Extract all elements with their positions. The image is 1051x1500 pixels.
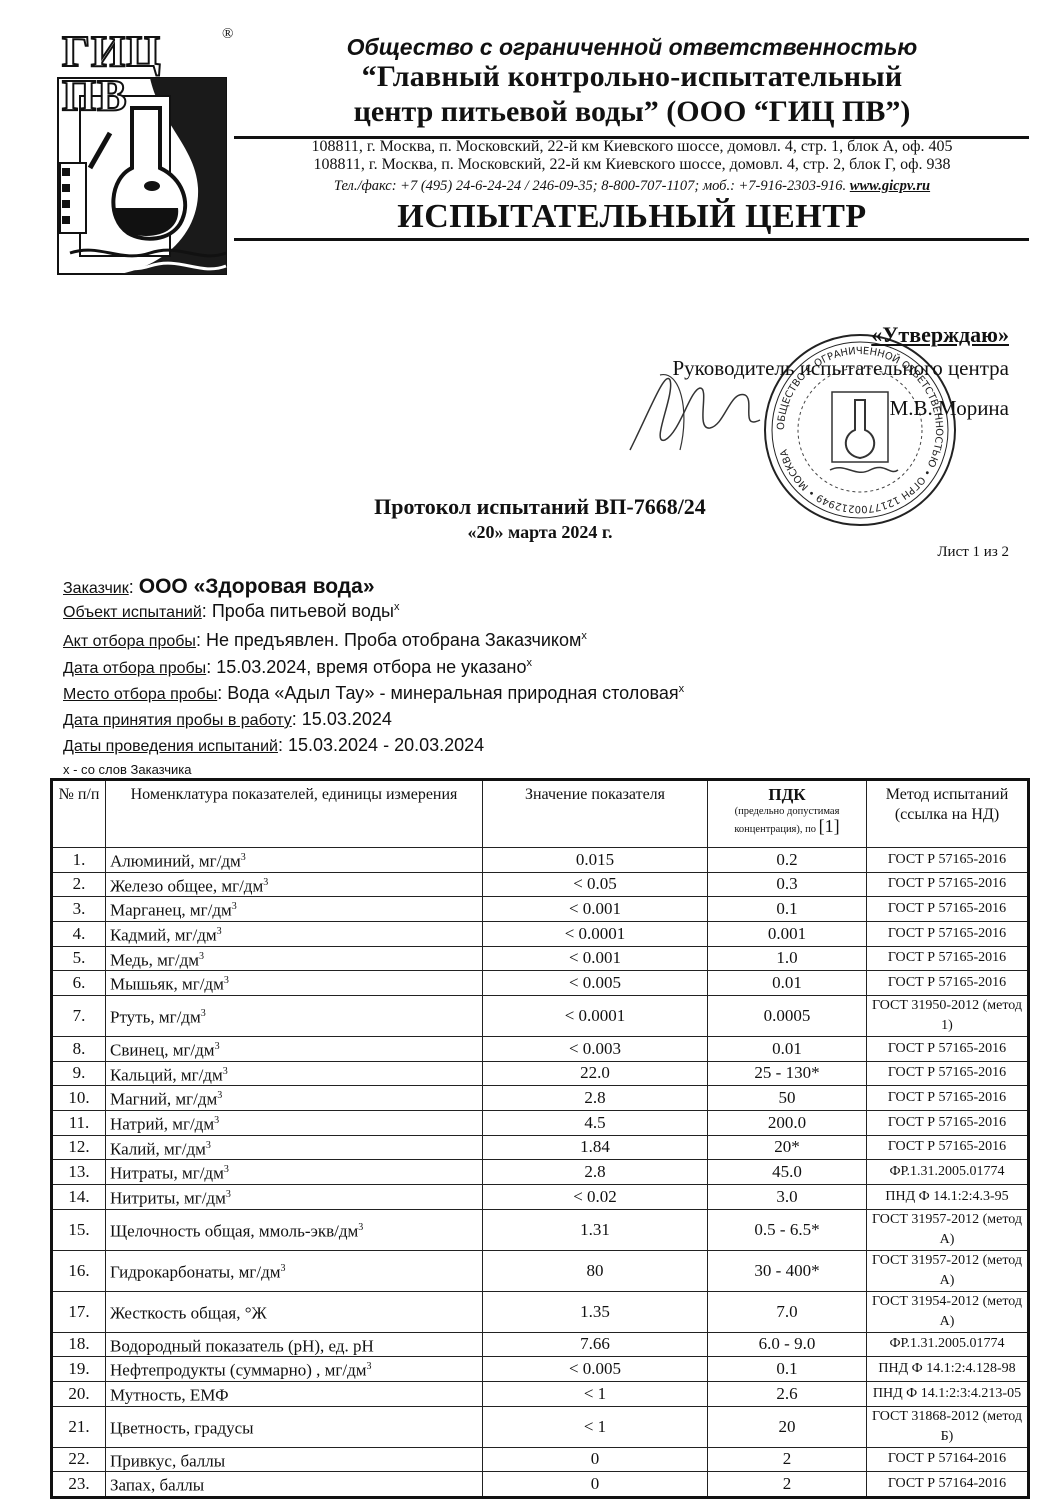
indicator-name: Щелочность общая, ммоль-экв/дм3 <box>106 1209 483 1250</box>
test-method: ГОСТ Р 57165-2016 <box>867 1061 1029 1086</box>
indicator-name: Ртуть, мг/дм3 <box>106 995 483 1036</box>
approval-label: «Утверждаю» <box>871 322 1009 348</box>
indicator-name: Жесткость общая, °Ж <box>106 1291 483 1332</box>
indicator-value: 7.66 <box>483 1332 708 1357</box>
row-number: 14. <box>52 1184 106 1209</box>
indicator-name: Нитраты, мг/дм3 <box>106 1160 483 1185</box>
table-row: 21.Цветность, градусы< 120ГОСТ 31868-201… <box>52 1406 1029 1447</box>
info-sample-date: Дата отбора пробы: 15.03.2024, время отб… <box>63 657 532 678</box>
info-accepted: Дата принятия пробы в работу: 15.03.2024 <box>63 709 392 730</box>
test-method: ГОСТ 31868-2012 (метод Б) <box>867 1406 1029 1447</box>
customer-words-mark: x <box>526 657 532 669</box>
indicator-name: Привкус, баллы <box>106 1447 483 1472</box>
indicator-pdk: 0.5 - 6.5* <box>708 1209 867 1250</box>
website-link[interactable]: www.gicpv.ru <box>850 178 930 194</box>
row-number: 9. <box>52 1061 106 1086</box>
unit-superscript: 3 <box>232 901 237 912</box>
indicator-name: Магний, мг/дм3 <box>106 1086 483 1111</box>
indicator-value: 0.015 <box>483 848 708 873</box>
indicator-value: < 0.0001 <box>483 995 708 1036</box>
test-method: ПНД Ф 14.1:2:3:4.213-05 <box>867 1381 1029 1406</box>
indicator-name: Кадмий, мг/дм3 <box>106 921 483 946</box>
indicator-value: < 0.0001 <box>483 921 708 946</box>
table-row: 13.Нитраты, мг/дм32.845.0ФР.1.31.2005.01… <box>52 1160 1029 1185</box>
org-name-line1: “Главный контрольно-испытательный <box>234 60 1030 94</box>
indicator-label: Нитраты, мг/дм <box>110 1164 224 1183</box>
indicator-pdk: 2 <box>708 1472 867 1498</box>
table-row: 11.Натрий, мг/дм34.5200.0ГОСТ Р 57165-20… <box>52 1110 1029 1135</box>
test-method: ГОСТ Р 57165-2016 <box>867 897 1029 922</box>
row-number: 21. <box>52 1406 106 1447</box>
indicator-pdk: 25 - 130* <box>708 1061 867 1086</box>
table-row: 8.Свинец, мг/дм3< 0.0030.01ГОСТ Р 57165-… <box>52 1036 1029 1061</box>
center-title: ИСПЫТАТЕЛЬНЫЙ ЦЕНТР <box>234 198 1030 236</box>
indicator-name: Свинец, мг/дм3 <box>106 1036 483 1061</box>
act-value: Не предъявлен. Проба отобрана Заказчиком <box>206 630 581 650</box>
row-number: 17. <box>52 1291 106 1332</box>
indicator-value: 1.84 <box>483 1135 708 1160</box>
indicator-value: < 0.005 <box>483 971 708 996</box>
row-number: 7. <box>52 995 106 1036</box>
customer-value: ООО «Здоровая вода» <box>139 575 375 598</box>
table-row: 7.Ртуть, мг/дм3< 0.00010.0005ГОСТ 31950-… <box>52 995 1029 1036</box>
indicator-pdk: 0.2 <box>708 848 867 873</box>
test-method: ГОСТ Р 57165-2016 <box>867 946 1029 971</box>
info-label: Дата принятия пробы в работу <box>63 712 292 729</box>
indicator-label: Ртуть, мг/дм <box>110 1008 201 1027</box>
unit-superscript: 3 <box>223 1066 228 1077</box>
test-method: ГОСТ Р 57165-2016 <box>867 872 1029 897</box>
unit-superscript: 3 <box>217 1090 222 1101</box>
indicator-value: 22.0 <box>483 1061 708 1086</box>
indicator-value: < 0.05 <box>483 872 708 897</box>
info-label: Место отбора пробы <box>63 686 217 703</box>
indicator-value: 4.5 <box>483 1110 708 1135</box>
indicator-value: < 0.001 <box>483 946 708 971</box>
test-method: ГОСТ 31954-2012 (метод А) <box>867 1291 1029 1332</box>
info-label: Даты проведения испытаний <box>63 738 278 755</box>
approver-role: Руководитель испытательного центра <box>672 356 1009 381</box>
row-number: 1. <box>52 848 106 873</box>
address-line-1: 108811, г. Москва, п. Московский, 22-й к… <box>234 138 1030 156</box>
indicator-value: < 0.001 <box>483 897 708 922</box>
indicator-name: Мышьяк, мг/дм3 <box>106 971 483 996</box>
protocol-date: «20» марта 2024 г. <box>0 522 1051 543</box>
header-name: Номенклатура показателей, единицы измере… <box>106 780 483 848</box>
row-number: 19. <box>52 1357 106 1382</box>
indicator-name: Железо общее, мг/дм3 <box>106 872 483 897</box>
indicator-name: Нефтепродукты (суммарно) , мг/дм3 <box>106 1357 483 1382</box>
unit-superscript: 3 <box>224 1164 229 1175</box>
row-number: 18. <box>52 1332 106 1357</box>
indicator-label: Железо общее, мг/дм <box>110 876 263 895</box>
indicator-value: 0 <box>483 1472 708 1498</box>
sample-date-value: 15.03.2024, время отбора не указано <box>216 657 526 677</box>
test-method: ГОСТ Р 57164-2016 <box>867 1447 1029 1472</box>
row-number: 12. <box>52 1135 106 1160</box>
indicator-pdk: 45.0 <box>708 1160 867 1185</box>
test-method: ПНД Ф 14.1:2:4.128-98 <box>867 1357 1029 1382</box>
indicator-pdk: 0.1 <box>708 897 867 922</box>
indicator-pdk: 2 <box>708 1447 867 1472</box>
indicator-name: Марганец, мг/дм3 <box>106 897 483 922</box>
indicator-label: Натрий, мг/дм <box>110 1115 214 1134</box>
table-row: 16.Гидрокарбонаты, мг/дм38030 - 400*ГОСТ… <box>52 1250 1029 1291</box>
indicator-value: 2.8 <box>483 1086 708 1111</box>
table-row: 4.Кадмий, мг/дм3< 0.00010.001ГОСТ Р 5716… <box>52 921 1029 946</box>
approver-name: М.В. Морина <box>890 396 1009 421</box>
indicator-name: Нитриты, мг/дм3 <box>106 1184 483 1209</box>
table-row: 20.Мутность, ЕМФ< 12.6ПНД Ф 14.1:2:3:4.2… <box>52 1381 1029 1406</box>
test-method: ФР.1.31.2005.01774 <box>867 1160 1029 1185</box>
indicator-name: Алюминий, мг/дм3 <box>106 848 483 873</box>
table-row: 3.Марганец, мг/дм3< 0.0010.1ГОСТ Р 57165… <box>52 897 1029 922</box>
indicator-pdk: 20 <box>708 1406 867 1447</box>
indicator-value: 1.35 <box>483 1291 708 1332</box>
header-method: Метод испытаний (ссылка на НД) <box>867 780 1029 848</box>
indicator-label: Жесткость общая, °Ж <box>110 1303 267 1322</box>
indicator-name: Запах, баллы <box>106 1472 483 1498</box>
test-dates-value: 15.03.2024 - 20.03.2024 <box>288 735 484 755</box>
table-row: 19.Нефтепродукты (суммарно) , мг/дм3< 0.… <box>52 1357 1029 1382</box>
indicator-value: 1.31 <box>483 1209 708 1250</box>
table-row: 10.Магний, мг/дм32.850ГОСТ Р 57165-2016 <box>52 1086 1029 1111</box>
test-method: ПНД Ф 14.1:2:4.3-95 <box>867 1184 1029 1209</box>
contacts-line: Тел./факс: +7 (495) 24-6-24-24 / 246-09-… <box>234 178 1030 195</box>
indicator-pdk: 0.1 <box>708 1357 867 1382</box>
unit-superscript: 3 <box>224 975 229 986</box>
indicator-name: Кальций, мг/дм3 <box>106 1061 483 1086</box>
indicator-value: < 0.003 <box>483 1036 708 1061</box>
indicator-value: 2.8 <box>483 1160 708 1185</box>
header-pdk: ПДК (предельно допустимая концентрация),… <box>708 780 867 848</box>
indicator-name: Медь, мг/дм3 <box>106 946 483 971</box>
indicator-value: < 1 <box>483 1406 708 1447</box>
address-line-2: 108811, г. Москва, п. Московский, 22-й к… <box>234 156 1030 174</box>
indicator-label: Мышьяк, мг/дм <box>110 975 224 994</box>
footnote: x - со слов Заказчика <box>63 762 191 777</box>
table-row: 1.Алюминий, мг/дм30.0150.2ГОСТ Р 57165-2… <box>52 848 1029 873</box>
unit-superscript: 3 <box>241 852 246 863</box>
info-label: Заказчик <box>63 580 129 597</box>
unit-superscript: 3 <box>217 926 222 937</box>
indicator-label: Калий, мг/дм <box>110 1139 206 1158</box>
table-row: 2.Железо общее, мг/дм3< 0.050.3ГОСТ Р 57… <box>52 872 1029 897</box>
indicator-pdk: 7.0 <box>708 1291 867 1332</box>
unit-superscript: 3 <box>215 1041 220 1052</box>
unit-superscript: 3 <box>199 951 204 962</box>
indicator-label: Марганец, мг/дм <box>110 901 232 920</box>
table-header-row: № п/п Номенклатура показателей, единицы … <box>52 780 1029 848</box>
info-act: Акт отбора пробы: Не предъявлен. Проба о… <box>63 630 587 651</box>
indicator-name: Калий, мг/дм3 <box>106 1135 483 1160</box>
place-value: Вода «Адыл Тау» - минеральная природная … <box>227 683 678 703</box>
info-label: Дата отбора пробы <box>63 660 206 677</box>
unit-superscript: 3 <box>367 1361 372 1372</box>
table-row: 22.Привкус, баллы02ГОСТ Р 57164-2016 <box>52 1447 1029 1472</box>
indicator-pdk: 0.001 <box>708 921 867 946</box>
table-row: 6.Мышьяк, мг/дм3< 0.0050.01ГОСТ Р 57165-… <box>52 971 1029 996</box>
row-number: 10. <box>52 1086 106 1111</box>
org-name-line2: центр питьевой воды” (ООО “ГИЦ ПВ”) <box>234 95 1030 129</box>
info-label: Акт отбора пробы <box>63 633 196 650</box>
indicator-label: Медь, мг/дм <box>110 950 199 969</box>
test-method: ГОСТ Р 57165-2016 <box>867 921 1029 946</box>
header-no: № п/п <box>52 780 106 848</box>
logo-text: ГИЦ ПВ <box>62 30 232 118</box>
sheet-number: Лист 1 из 2 <box>937 544 1009 561</box>
accepted-value: 15.03.2024 <box>302 709 392 729</box>
indicator-label: Водородный показатель (pH), ед. pH <box>110 1336 374 1355</box>
indicator-label: Привкус, баллы <box>110 1451 225 1470</box>
test-method: ГОСТ Р 57165-2016 <box>867 1135 1029 1160</box>
test-method: ФР.1.31.2005.01774 <box>867 1332 1029 1357</box>
test-method: ГОСТ Р 57165-2016 <box>867 848 1029 873</box>
indicator-pdk: 30 - 400* <box>708 1250 867 1291</box>
test-method: ГОСТ Р 57164-2016 <box>867 1472 1029 1498</box>
indicator-pdk: 0.01 <box>708 1036 867 1061</box>
row-number: 15. <box>52 1209 106 1250</box>
indicator-pdk: 200.0 <box>708 1110 867 1135</box>
test-method: ГОСТ Р 57165-2016 <box>867 1110 1029 1135</box>
indicator-label: Гидрокарбонаты, мг/дм <box>110 1262 281 1281</box>
indicator-pdk: 1.0 <box>708 946 867 971</box>
indicator-label: Цветность, градусы <box>110 1418 254 1437</box>
indicator-pdk: 2.6 <box>708 1381 867 1406</box>
info-place: Место отбора пробы: Вода «Адыл Тау» - ми… <box>63 683 684 704</box>
indicator-pdk: 0.0005 <box>708 995 867 1036</box>
customer-words-mark: x <box>581 630 587 642</box>
table-row: 14.Нитриты, мг/дм3< 0.023.0ПНД Ф 14.1:2:… <box>52 1184 1029 1209</box>
indicator-label: Алюминий, мг/дм <box>110 852 241 871</box>
info-object: Объект испытаний: Проба питьевой водыx <box>63 601 399 622</box>
unit-superscript: 3 <box>206 1140 211 1151</box>
customer-words-mark: x <box>394 601 400 613</box>
indicator-label: Мутность, ЕМФ <box>110 1386 229 1405</box>
unit-superscript: 3 <box>263 877 268 888</box>
contact-phones: Тел./факс: +7 (495) 24-6-24-24 / 246-09-… <box>334 178 846 194</box>
indicator-pdk: 50 <box>708 1086 867 1111</box>
indicator-label: Нефтепродукты (суммарно) , мг/дм <box>110 1361 367 1380</box>
row-number: 2. <box>52 872 106 897</box>
row-number: 3. <box>52 897 106 922</box>
indicator-label: Свинец, мг/дм <box>110 1041 215 1060</box>
indicator-pdk: 0.01 <box>708 971 867 996</box>
row-number: 6. <box>52 971 106 996</box>
row-number: 23. <box>52 1472 106 1498</box>
pdk-title: ПДК <box>712 785 862 805</box>
pdk-reference: [1] <box>819 816 840 836</box>
row-number: 11. <box>52 1110 106 1135</box>
unit-superscript: 3 <box>281 1263 286 1274</box>
indicator-name: Водородный показатель (pH), ед. pH <box>106 1332 483 1357</box>
table-row: 17.Жесткость общая, °Ж1.357.0ГОСТ 31954-… <box>52 1291 1029 1332</box>
unit-superscript: 3 <box>226 1189 231 1200</box>
indicator-label: Кадмий, мг/дм <box>110 926 217 945</box>
protocol-title: Протокол испытаний ВП-7668/24 <box>0 494 1051 520</box>
row-number: 8. <box>52 1036 106 1061</box>
unit-superscript: 3 <box>214 1115 219 1126</box>
table-row: 12.Калий, мг/дм31.8420*ГОСТ Р 57165-2016 <box>52 1135 1029 1160</box>
row-number: 5. <box>52 946 106 971</box>
indicator-pdk: 3.0 <box>708 1184 867 1209</box>
results-table: № п/п Номенклатура показателей, единицы … <box>50 778 1030 1499</box>
indicator-label: Кальций, мг/дм <box>110 1065 223 1084</box>
test-method: ГОСТ Р 57165-2016 <box>867 1086 1029 1111</box>
test-method: ГОСТ 31957-2012 (метод А) <box>867 1209 1029 1250</box>
indicator-name: Натрий, мг/дм3 <box>106 1110 483 1135</box>
org-form: Общество с ограниченной ответственностью <box>234 34 1030 61</box>
registered-mark: ® <box>222 26 233 43</box>
indicator-pdk: 20* <box>708 1135 867 1160</box>
row-number: 22. <box>52 1447 106 1472</box>
header-divider-bottom <box>234 238 1029 241</box>
indicator-label: Запах, баллы <box>110 1476 204 1495</box>
indicator-value: < 0.02 <box>483 1184 708 1209</box>
table-row: 23.Запах, баллы02ГОСТ Р 57164-2016 <box>52 1472 1029 1498</box>
indicator-value: 0 <box>483 1447 708 1472</box>
indicator-name: Гидрокарбонаты, мг/дм3 <box>106 1250 483 1291</box>
row-number: 16. <box>52 1250 106 1291</box>
table-row: 9.Кальций, мг/дм322.025 - 130*ГОСТ Р 571… <box>52 1061 1029 1086</box>
unit-superscript: 3 <box>201 1008 206 1019</box>
info-test-dates: Даты проведения испытаний: 15.03.2024 - … <box>63 735 484 756</box>
indicator-label: Нитриты, мг/дм <box>110 1189 226 1208</box>
table-row: 5.Медь, мг/дм3< 0.0011.0ГОСТ Р 57165-201… <box>52 946 1029 971</box>
test-method: ГОСТ Р 57165-2016 <box>867 971 1029 996</box>
indicator-pdk: 6.0 - 9.0 <box>708 1332 867 1357</box>
table-row: 18.Водородный показатель (pH), ед. pH7.6… <box>52 1332 1029 1357</box>
indicator-value: < 0.005 <box>483 1357 708 1382</box>
test-method: ГОСТ Р 57165-2016 <box>867 1036 1029 1061</box>
indicator-name: Цветность, градусы <box>106 1406 483 1447</box>
test-method: ГОСТ 31950-2012 (метод 1) <box>867 995 1029 1036</box>
table-row: 15.Щелочность общая, ммоль-экв/дм31.310.… <box>52 1209 1029 1250</box>
customer-words-mark: x <box>679 683 685 695</box>
info-label: Объект испытаний <box>63 604 202 621</box>
row-number: 20. <box>52 1381 106 1406</box>
unit-superscript: 3 <box>358 1222 363 1233</box>
indicator-label: Щелочность общая, ммоль-экв/дм <box>110 1221 358 1240</box>
indicator-pdk: 0.3 <box>708 872 867 897</box>
row-number: 4. <box>52 921 106 946</box>
indicator-value: 80 <box>483 1250 708 1291</box>
indicator-value: < 1 <box>483 1381 708 1406</box>
header-value: Значение показателя <box>483 780 708 848</box>
row-number: 13. <box>52 1160 106 1185</box>
test-method: ГОСТ 31957-2012 (метод А) <box>867 1250 1029 1291</box>
indicator-name: Мутность, ЕМФ <box>106 1381 483 1406</box>
object-value: Проба питьевой воды <box>212 601 394 621</box>
info-customer: Заказчик: ООО «Здоровая вода» <box>63 575 375 599</box>
indicator-label: Магний, мг/дм <box>110 1090 217 1109</box>
